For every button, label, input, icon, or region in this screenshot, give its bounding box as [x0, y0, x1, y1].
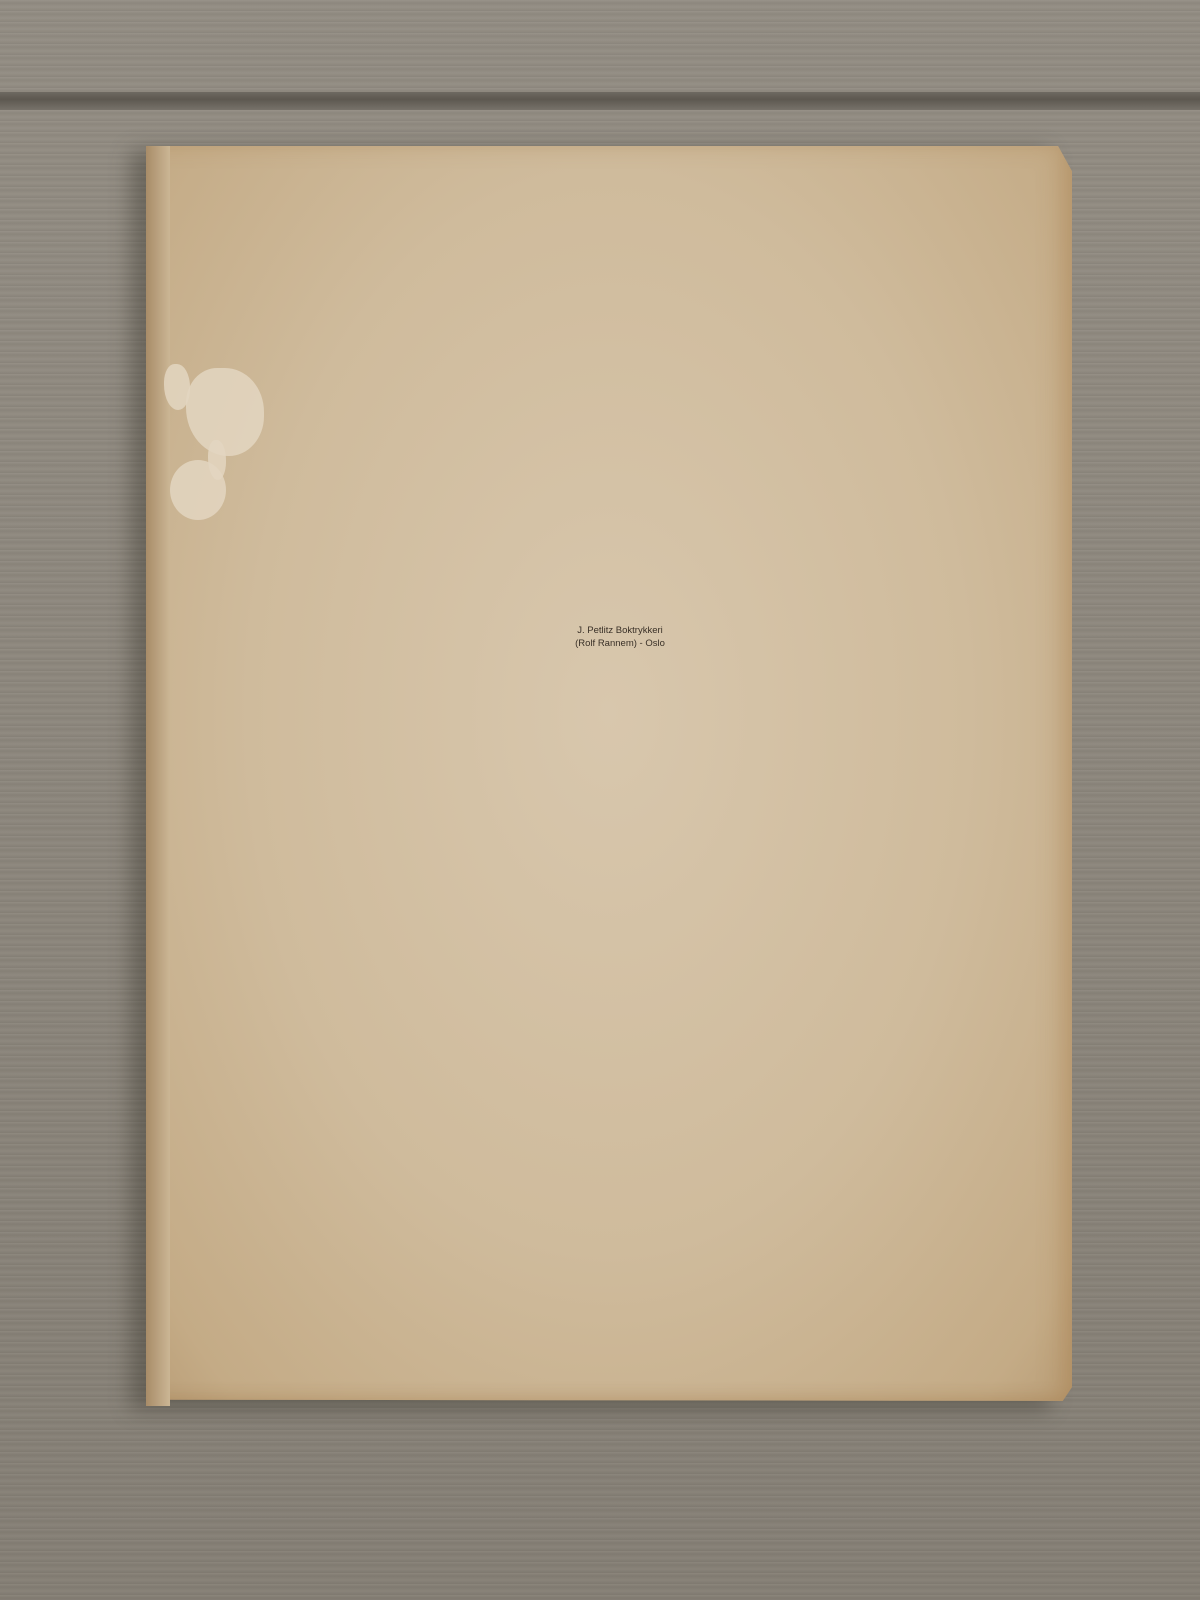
- water-stain: [164, 364, 190, 410]
- book-spine-edge: [146, 146, 170, 1406]
- imprint-line-1: J. Petlitz Boktrykkeri: [560, 624, 680, 637]
- book-back-cover: [146, 146, 1072, 1406]
- floorboard-seam: [0, 92, 1200, 110]
- printer-imprint: J. Petlitz Boktrykkeri (Rolf Rannem) - O…: [560, 624, 680, 650]
- water-stain: [208, 440, 226, 480]
- imprint-line-2: (Rolf Rannem) - Oslo: [560, 637, 680, 650]
